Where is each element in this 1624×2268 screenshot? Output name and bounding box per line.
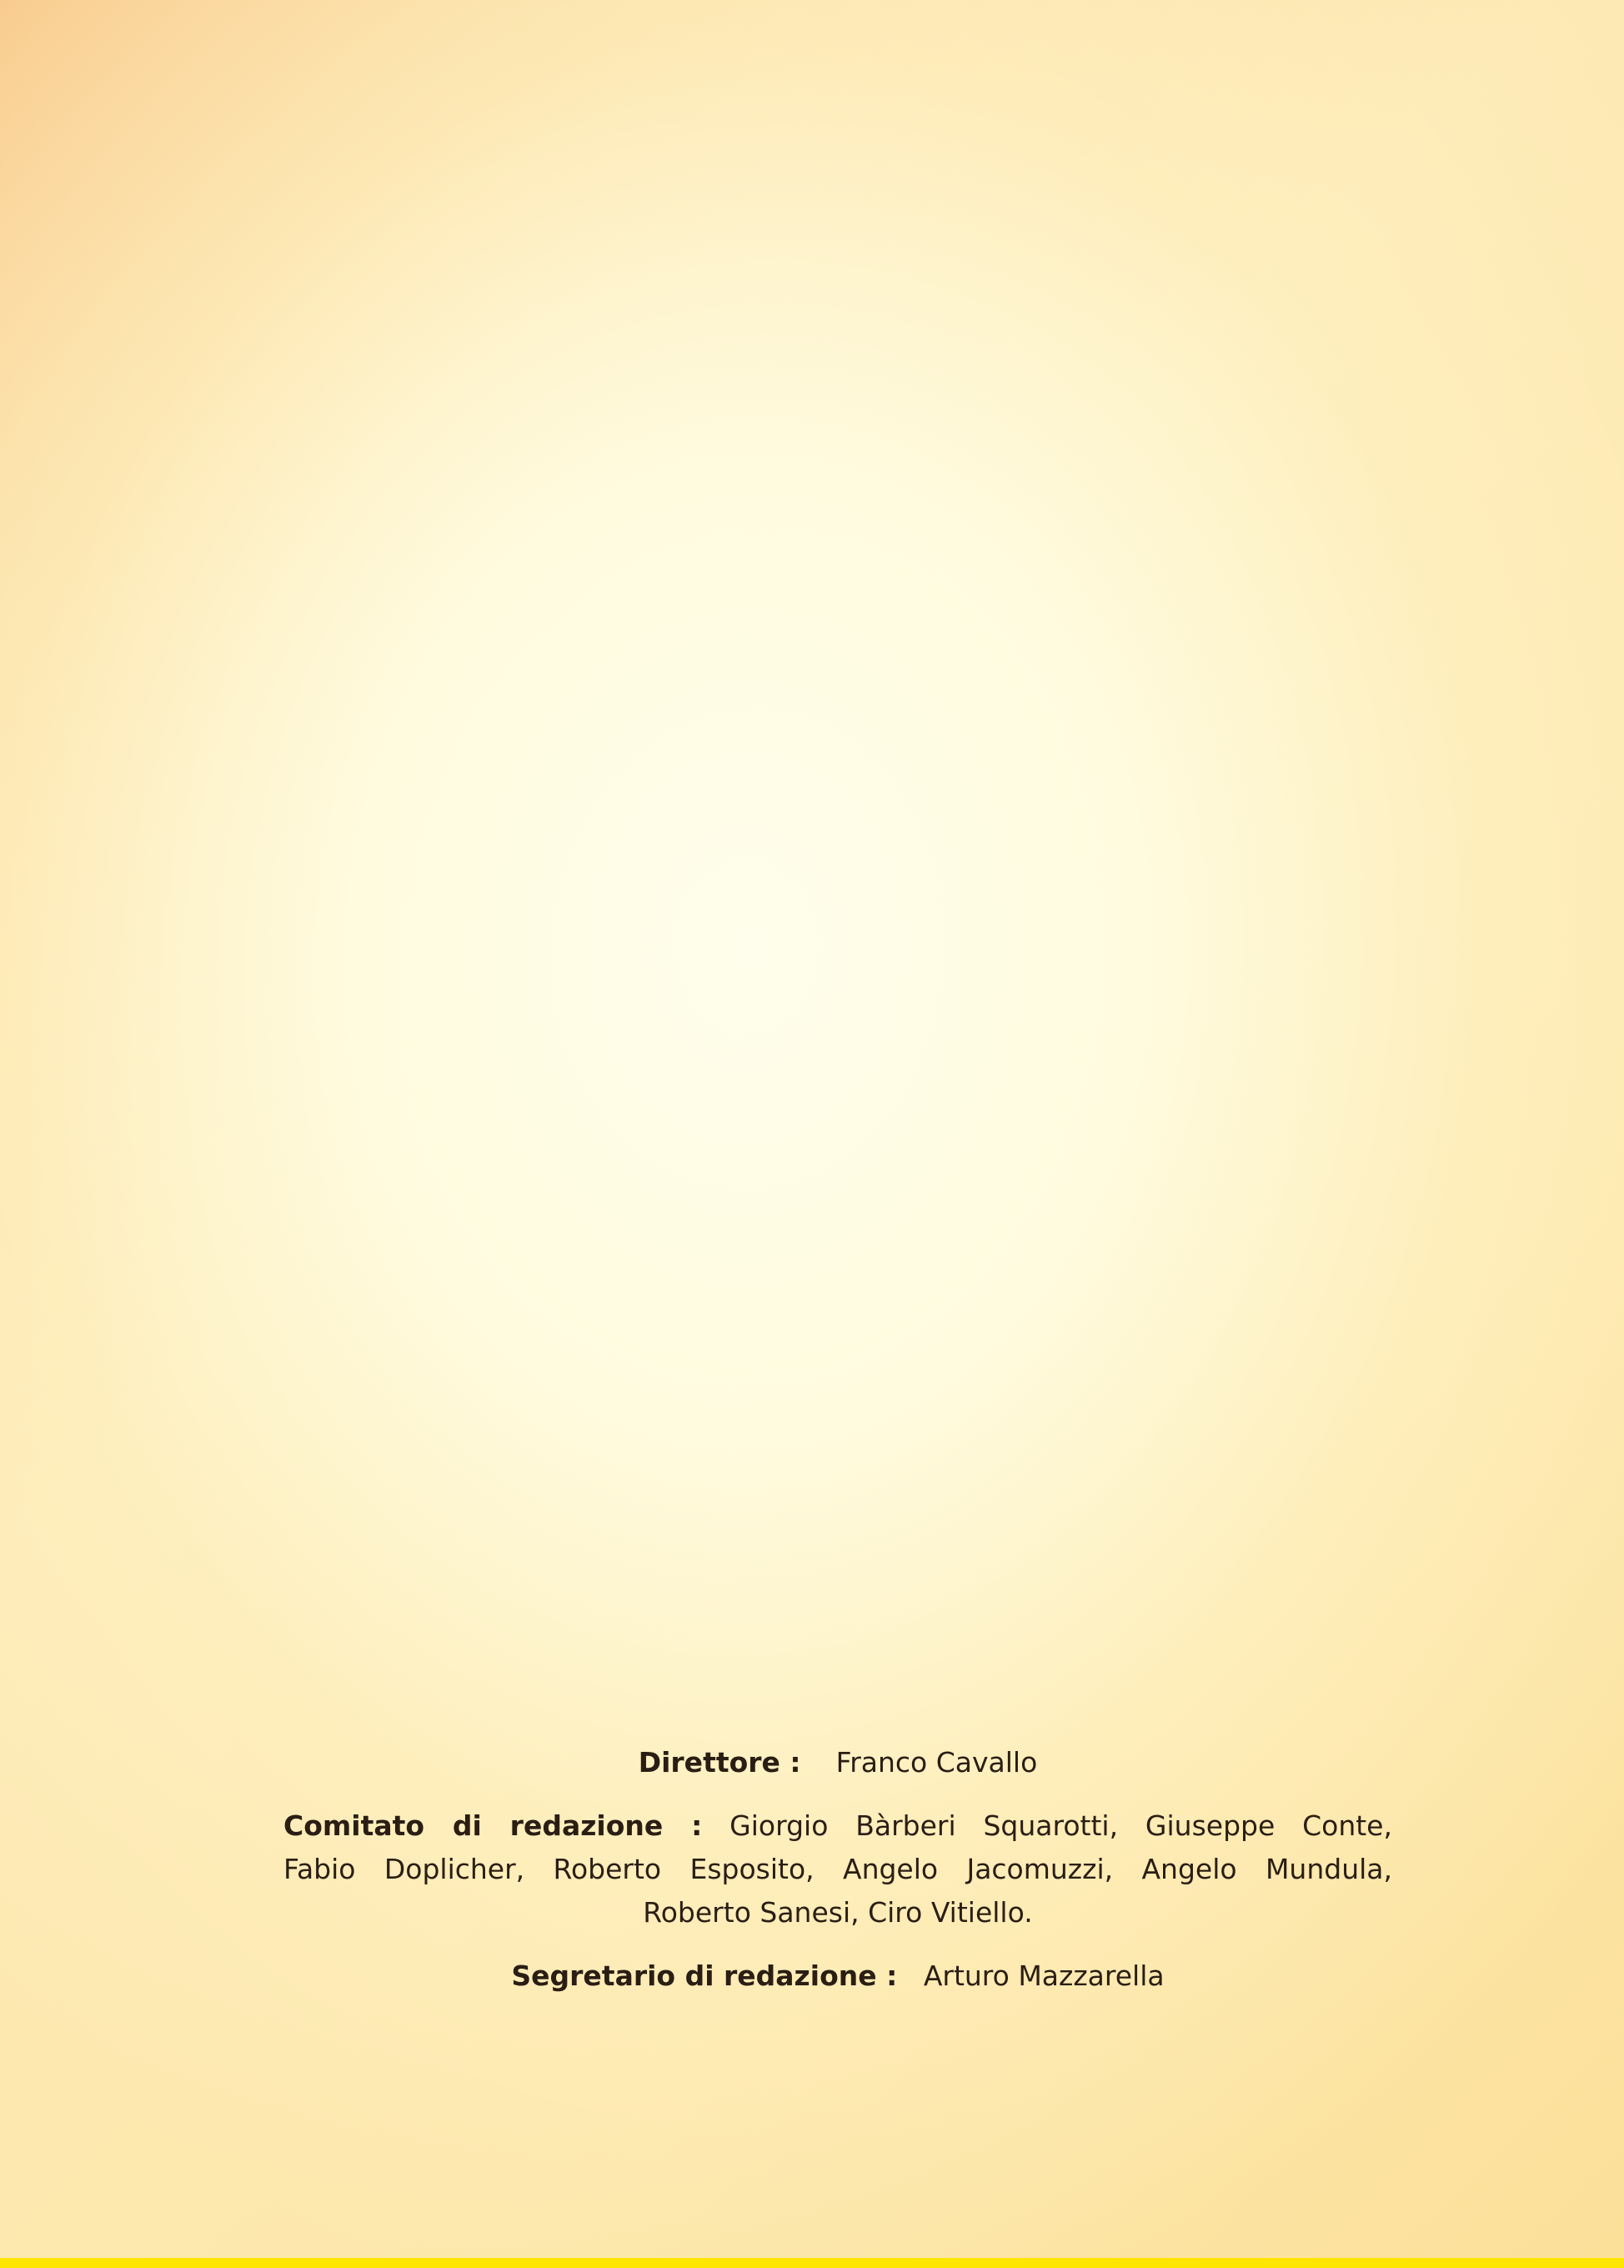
director-label: Direttore : bbox=[639, 1746, 801, 1779]
director-line: Direttore : Franco Cavallo bbox=[275, 1741, 1401, 1784]
scan-edge-strip bbox=[0, 2258, 1624, 2268]
director-name: Franco Cavallo bbox=[836, 1746, 1038, 1779]
committee-members-line-1: Giorgio Bàrberi Squarotti, Giuseppe Cont… bbox=[729, 1809, 1392, 1842]
committee-members-line-2: Fabio Doplicher, Roberto Esposito, Angel… bbox=[283, 1848, 1392, 1891]
paper-page: Direttore : Franco Cavallo Comitato di r… bbox=[0, 0, 1624, 2258]
colophon: Direttore : Franco Cavallo Comitato di r… bbox=[275, 1741, 1401, 2018]
committee-line-1: Comitato di redazione : Giorgio Bàrberi … bbox=[283, 1804, 1392, 1848]
secretary-line: Segretario di redazione : Arturo Mazzare… bbox=[275, 1954, 1401, 1998]
editorial-committee: Comitato di redazione : Giorgio Bàrberi … bbox=[275, 1804, 1401, 1934]
committee-label: Comitato di redazione : bbox=[283, 1809, 702, 1842]
secretary-label: Segretario di redazione : bbox=[511, 1959, 897, 1992]
secretary-name: Arturo Mazzarella bbox=[924, 1959, 1165, 1992]
committee-members-line-3: Roberto Sanesi, Ciro Vitiello. bbox=[283, 1891, 1392, 1934]
